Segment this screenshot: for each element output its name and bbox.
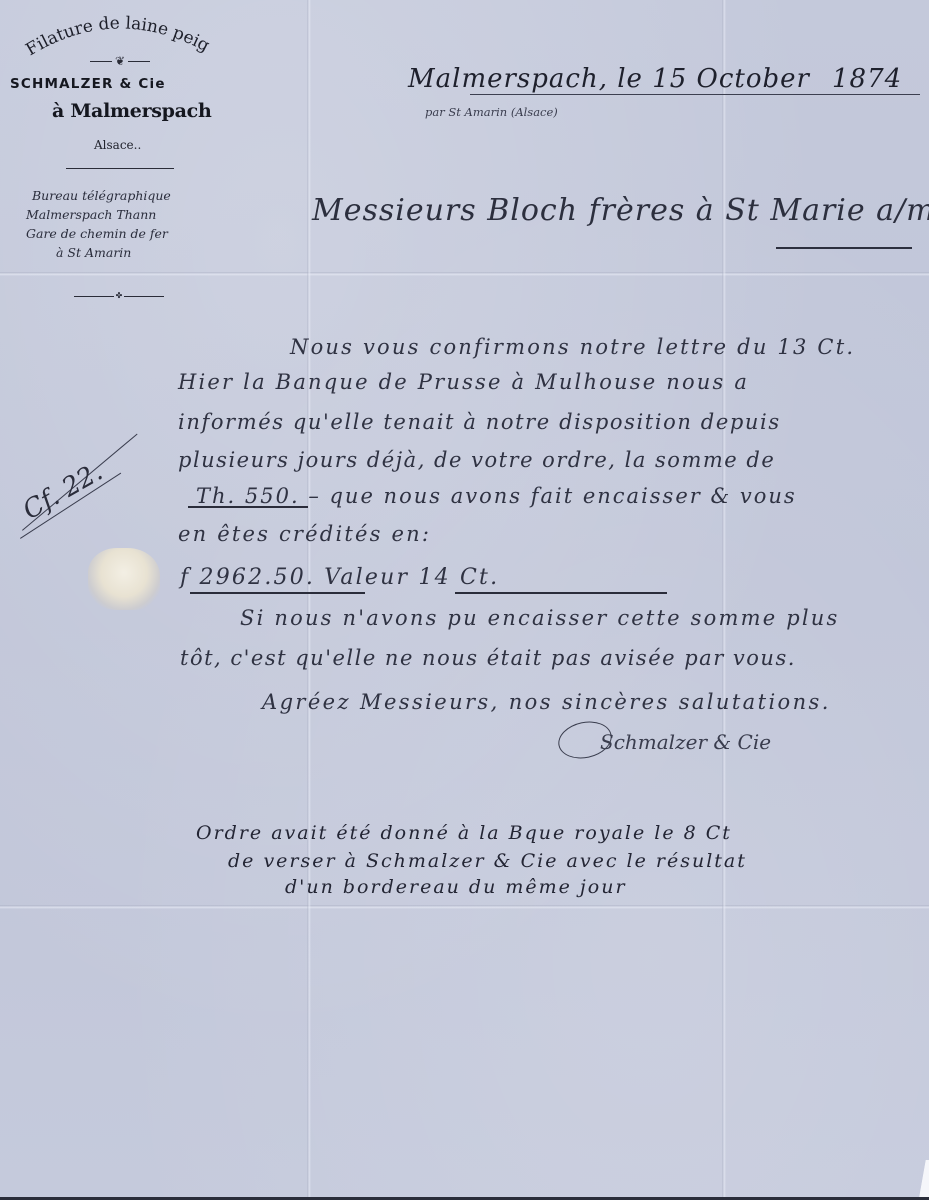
wax-seal-residue [88,548,160,610]
body-line: plusieurs jours déjà, de votre ordre, la… [178,448,775,472]
body-line: Si nous n'avons pu encaisser cette somme… [240,606,840,630]
ornament-icon: ❦ [80,54,160,68]
addressee: Messieurs Bloch frères à St Marie a/m [312,193,929,228]
ornament-divider-icon: ✤ [66,291,172,300]
place-date: Malmerspach, le 15 October [408,64,810,94]
margin-note: Cf. 22. [18,457,108,526]
signature: Schmalzer & Cie [600,730,771,754]
svg-text:Filature de laine peignée: Filature de laine peignée [22,10,212,60]
telegraph-line: Malmerspach Thann [26,205,226,224]
company-region: Alsace.. [94,138,141,152]
body-line: f 2962.50. Valeur 14 Ct. [180,565,499,590]
fold-line-vertical [307,0,311,1200]
company-name: SCHMALZER & Cie [10,76,220,92]
company-town: à Malmerspach [52,100,211,122]
arc-title-text: Filature de laine peignée [22,10,212,60]
body-line: tôt, c'est qu'elle ne nous était pas avi… [180,646,796,670]
year: 1874 [832,64,902,94]
postscript-line: Ordre avait été donné à la Bque royale l… [196,822,732,844]
fold-line-horizontal [0,272,929,276]
telegraph-line: Bureau télégraphique [26,186,226,205]
letterhead-arc-title: Filature de laine peignée [22,10,212,60]
paper-corner [915,1160,929,1200]
closing-line: Agréez Messieurs, nos sincères salutatio… [262,690,831,714]
letter-paper: Filature de laine peignée ❦ SCHMALZER & … [0,0,929,1200]
body-line: Hier la Banque de Prusse à Mulhouse nous… [178,370,749,394]
telegraph-line: Gare de chemin de fer [26,224,226,243]
value-date-underline [455,592,667,594]
body-line: en êtes crédités en: [178,522,431,546]
postscript-line: d'un bordereau du même jour [285,876,627,898]
addressee-underline [776,247,912,249]
telegraph-line: à St Amarin [26,243,226,262]
amount-underline [190,592,365,594]
fold-line-vertical [722,0,726,1200]
divider [66,168,174,169]
amount-underline [188,506,308,508]
dateline: Malmerspach, le 15 October1874 [408,64,902,94]
telegraph-info: Bureau télégraphique Malmerspach Thann G… [26,186,226,262]
body-line: Th. 550. – que nous avons fait encaisser… [196,484,797,508]
postscript-line: de verser à Schmalzer & Cie avec le résu… [228,850,747,872]
dateline-rule [470,94,920,95]
dateline-via: par St Amarin (Alsace) [425,105,558,119]
body-line: informés qu'elle tenait à notre disposit… [178,410,781,434]
fold-line-horizontal [0,905,929,909]
body-line: Nous vous confirmons notre lettre du 13 … [290,335,855,359]
